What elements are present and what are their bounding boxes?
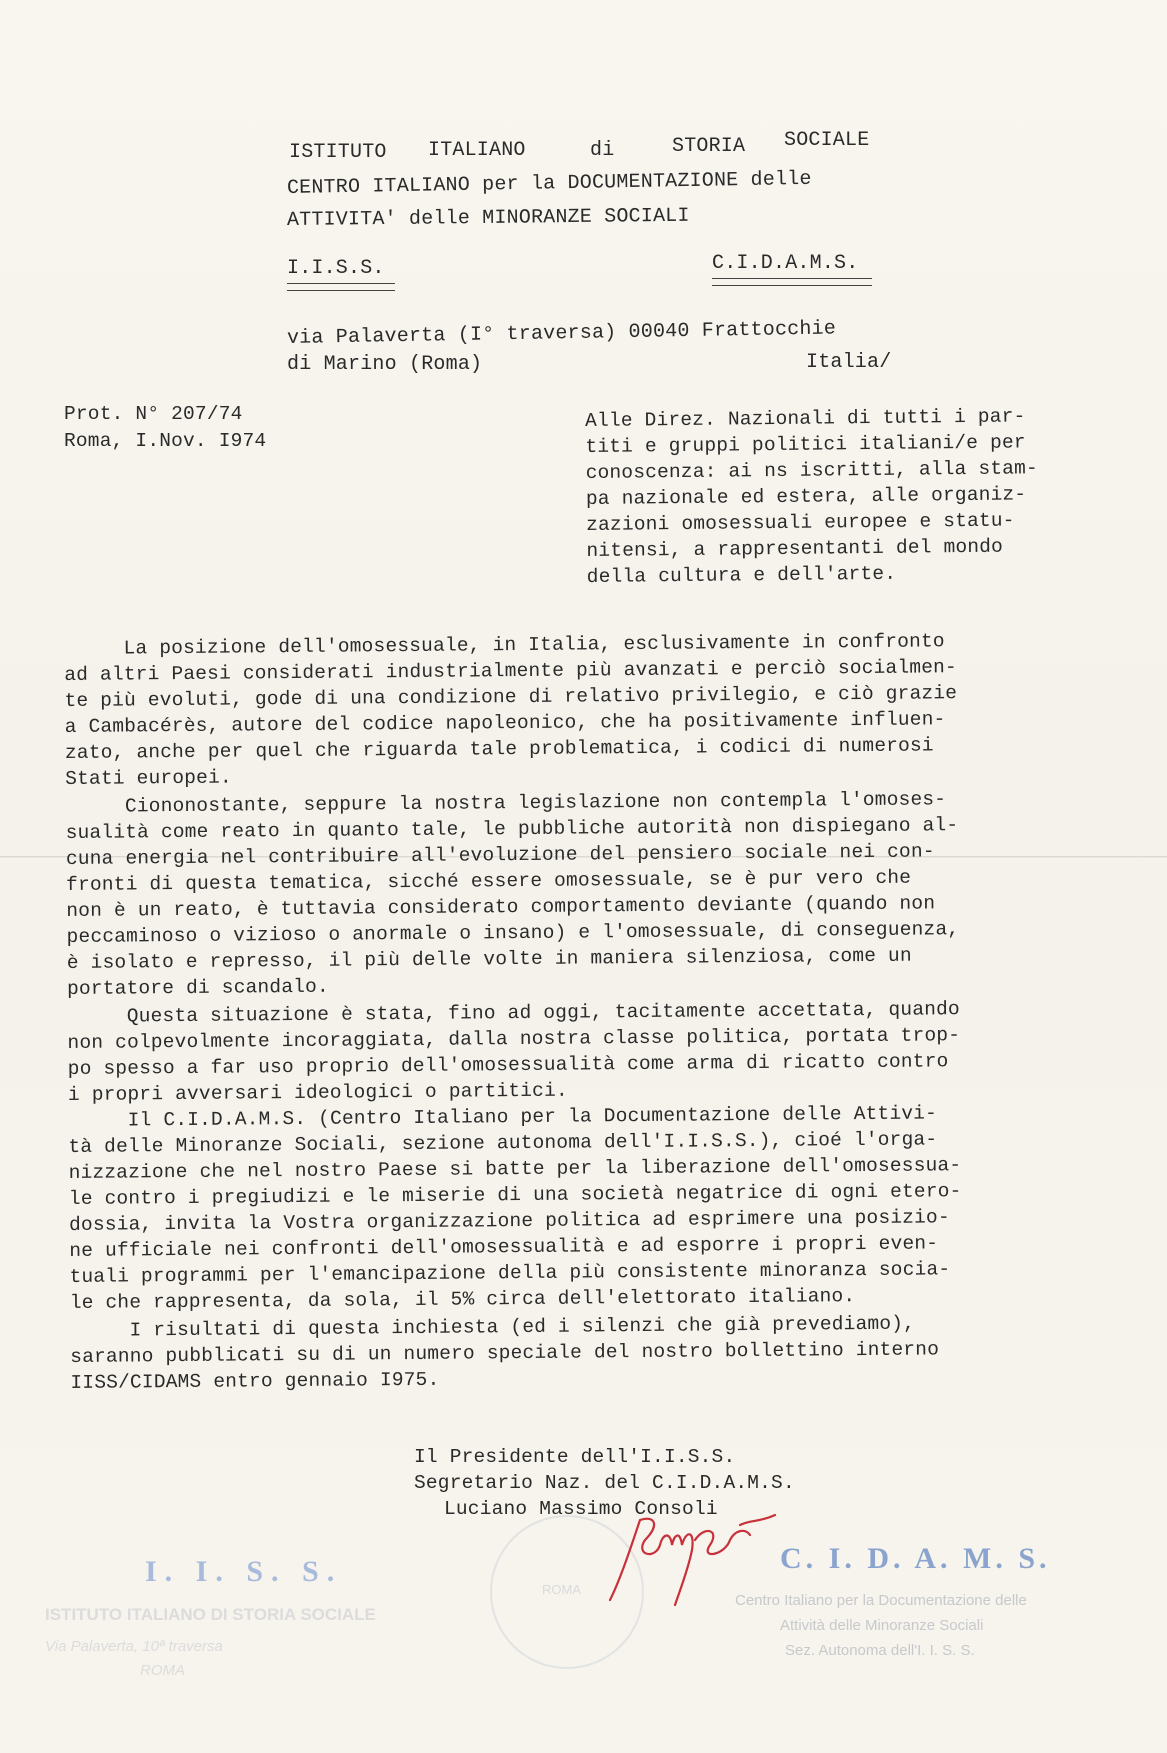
letterhead-line3: ATTIVITA' delle MINORANZE SOCIALI [287,204,690,234]
acronym-cidams: C.I.D.A.M.S. [712,251,858,277]
recipient-line: nitensi, a rappresentanti del mondo [586,534,1003,564]
recipients-block: Alle Direz. Nazionali di tutti i par- ti… [0,0,1163,6]
recipient-line: della cultura e dell'arte. [587,561,897,590]
letter-date: Roma, I.Nov. I974 [64,428,266,454]
stamp-cidams-line1: Centro Italiano per la Documentazione de… [735,1592,1027,1609]
body-line: Stati europei. [65,765,232,792]
letter-page: ISTITUTO ITALIANO di STORIA SOCIALE CENT… [0,0,1167,1753]
letterhead-word: di [590,138,614,164]
double-underline [712,278,872,286]
closing-role: Segretario Naz. del C.I.D.A.M.S. [414,1470,795,1496]
round-stamp-text: ROMA [542,1582,581,1597]
letterhead-word: SOCIALE [784,128,869,154]
address-line2-right: Italia/ [806,350,891,376]
stamp-iiss-line2: Via Palaverta, 10ª traversa [45,1638,223,1655]
stamp-cidams-title: C. I. D. A. M. S. [780,1542,1051,1576]
double-underline [287,283,395,291]
body-line: IISS/CIDAMS entro gennaio I975. [70,1367,439,1396]
closing-title: Il Presidente dell'I.I.S.S. [414,1444,735,1470]
body-line: portatore di scandalo. [67,974,329,1002]
stamp-iiss-title: I. I. S. S. [145,1555,342,1589]
stamp-iiss-line1: ISTITUTO ITALIANO DI STORIA SOCIALE [45,1605,376,1625]
stamp-iiss-line3: ROMA [140,1662,185,1679]
letter-body: La posizione dell'omosessuale, in Italia… [0,0,1161,1]
letterhead-word: STORIA [672,134,745,160]
protocol-number: Prot. N° 207/74 [64,401,243,427]
address-line2-left: di Marino (Roma) [287,352,482,378]
letterhead-word: ISTITUTO [289,140,387,166]
stamp-cidams-line3: Sez. Autonoma dell'I. I. S. S. [785,1642,975,1659]
stamp-cidams-line2: Attività delle Minoranze Sociali [780,1617,983,1634]
letterhead-line2: CENTRO ITALIANO per la DOCUMENTAZIONE de… [287,167,812,202]
acronym-iiss: I.I.S.S. [287,256,385,282]
body-line: le che rappresenta, da sola, il 5% circa… [70,1283,856,1316]
address-line1: via Palaverta (I° traversa) 00040 Fratto… [287,316,836,352]
letterhead-word: ITALIANO [428,138,526,164]
